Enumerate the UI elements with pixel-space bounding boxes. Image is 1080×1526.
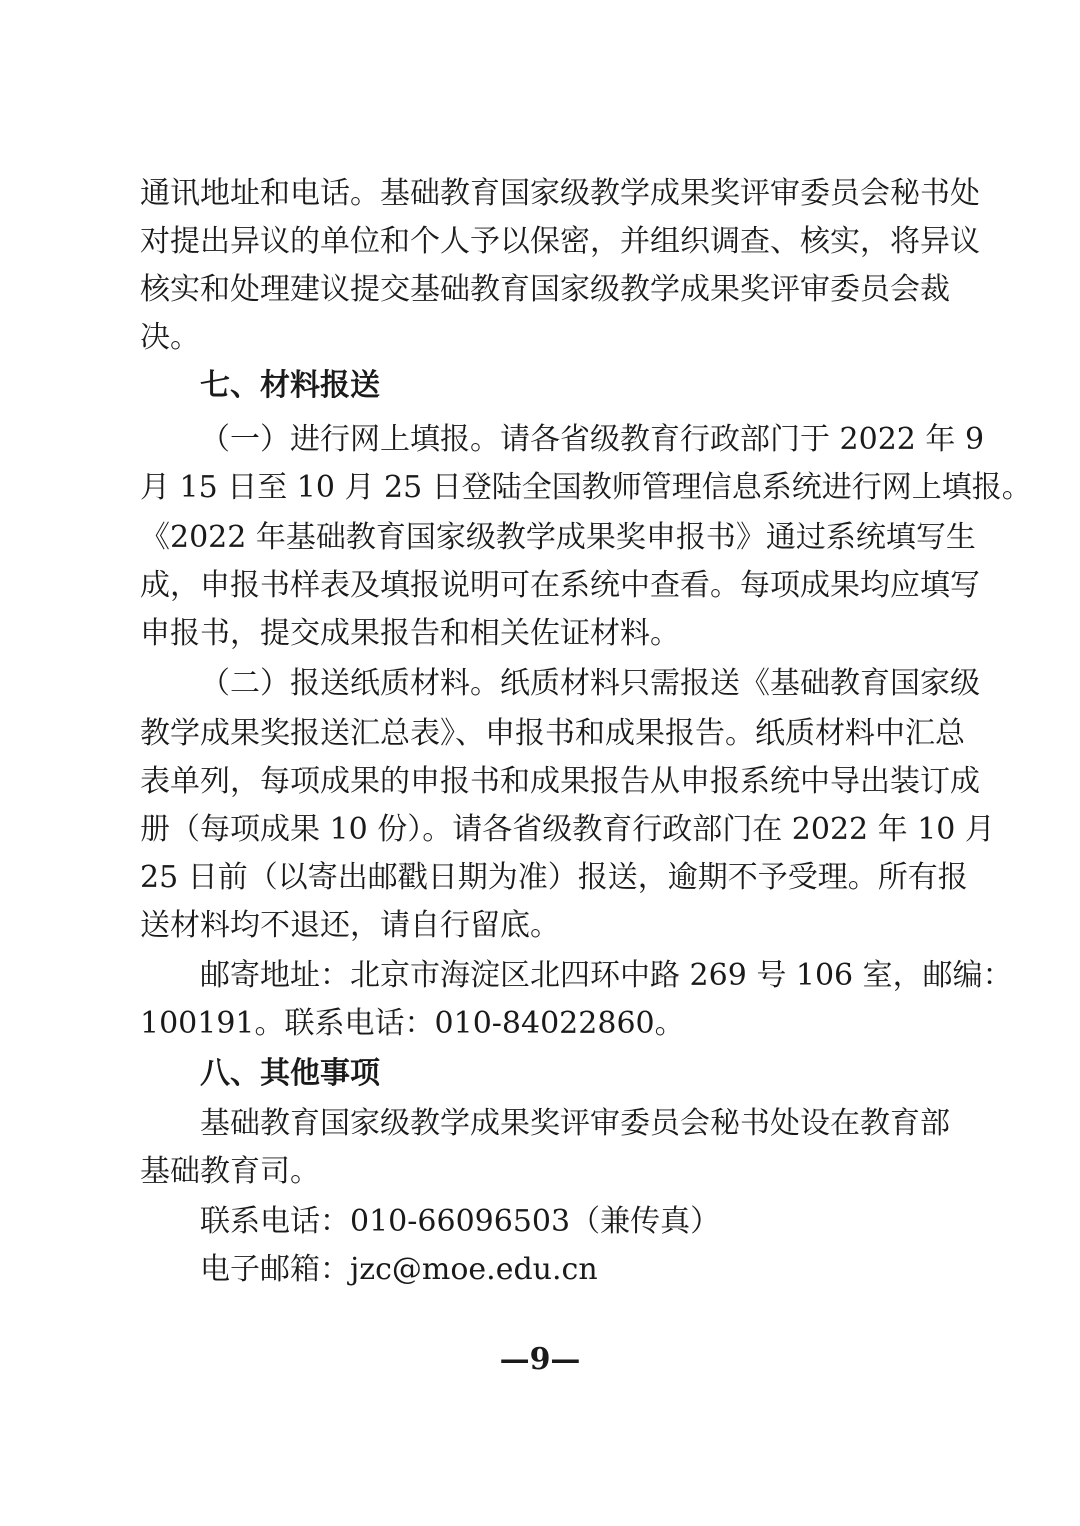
contact-email-line: 电子邮箱：jzc@moe.edu.cn <box>200 1250 940 1290</box>
section-heading-materials: 七、材料报送 <box>200 366 940 406</box>
paragraph-line: 决。 <box>140 318 940 358</box>
page-number: —9— <box>0 1340 1080 1380</box>
paragraph-line: 基础教育司。 <box>140 1152 940 1192</box>
paragraph-line: 送材料均不退还，请自行留底。 <box>140 906 940 946</box>
contact-phone-line: 100191。联系电话：010-84022860。 <box>140 1004 940 1044</box>
mailing-address-line: 邮寄地址：北京市海淀区北四环中路 269 号 106 室，邮编： <box>200 956 940 996</box>
paragraph-line: 对提出异议的单位和个人予以保密，并组织调查、核实，将异议 <box>140 222 940 262</box>
paragraph-line: 通讯地址和电话。基础教育国家级教学成果奖评审委员会秘书处 <box>140 174 940 214</box>
paragraph-line: 成，申报书样表及填报说明可在系统中查看。每项成果均应填写 <box>140 566 940 606</box>
paragraph-line: 月 15 日至 10 月 25 日登陆全国教师管理信息系统进行网上填报。 <box>140 468 940 508</box>
paragraph-line: 25 日前（以寄出邮戳日期为准）报送，逾期不予受理。所有报 <box>140 858 940 898</box>
document-page: 通讯地址和电话。基础教育国家级教学成果奖评审委员会秘书处 对提出异议的单位和个人… <box>0 0 1080 1526</box>
paragraph-line: 《2022 年基础教育国家级教学成果奖申报书》通过系统填写生 <box>140 518 940 558</box>
paragraph-line: （一）进行网上填报。请各省级教育行政部门于 2022 年 9 <box>200 420 940 460</box>
paragraph-line: 基础教育国家级教学成果奖评审委员会秘书处设在教育部 <box>200 1104 940 1144</box>
contact-phone-fax-line: 联系电话：010-66096503（兼传真） <box>200 1202 940 1242</box>
paragraph-line: 核实和处理建议提交基础教育国家级教学成果奖评审委员会裁 <box>140 270 940 310</box>
paragraph-line: 教学成果奖报送汇总表》、申报书和成果报告。纸质材料中汇总 <box>140 714 940 754</box>
paragraph-line: 册（每项成果 10 份）。请各省级教育行政部门在 2022 年 10 月 <box>140 810 940 850</box>
section-heading-other: 八、其他事项 <box>200 1054 940 1094</box>
paragraph-line: 申报书，提交成果报告和相关佐证材料。 <box>140 614 940 654</box>
paragraph-line: （二）报送纸质材料。纸质材料只需报送《基础教育国家级 <box>200 664 940 704</box>
paragraph-line: 表单列，每项成果的申报书和成果报告从申报系统中导出装订成 <box>140 762 940 802</box>
